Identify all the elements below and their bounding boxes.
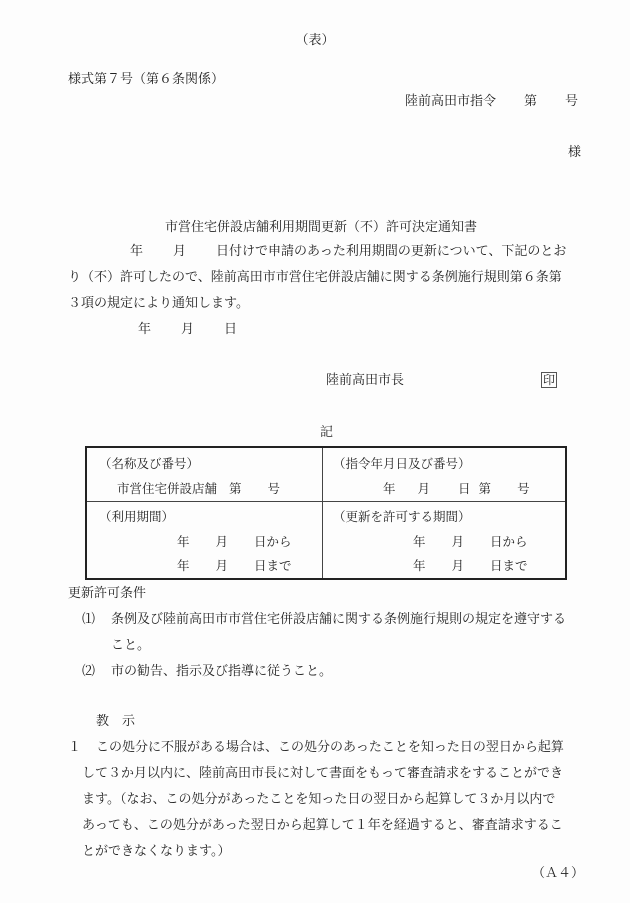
condition-1-line-1: 条例及び陸前高田市市営住宅併設店舗に関する条例施行規則の規定を遵守する <box>111 612 566 628</box>
directive-dai: 第 <box>524 94 537 109</box>
pt-month: 月 <box>216 558 229 573</box>
renew-to: 年月日まで <box>413 558 528 574</box>
record-table: （名称及び番号） 市営住宅併設店舗第号 （指令年月日及び番号） 年月日第号 （利… <box>85 446 567 580</box>
form-number: 様式第７号（第６条関係） <box>68 72 224 88</box>
name-label: （名称及び番号） <box>99 456 199 472</box>
rt-day: 日まで <box>490 558 528 573</box>
condition-2-num: ⑵ <box>82 664 95 680</box>
period-cell: （利用期間） 年月日から 年月日まで <box>86 501 323 579</box>
directive-go: 号 <box>565 94 578 109</box>
date-month: 月 <box>181 322 194 337</box>
body-line-2: り（不）許可したので、陸前高田市市営住宅併設店舗に関する条例施行規則第６条第 <box>68 270 562 286</box>
renew-from: 年月日から <box>413 534 528 550</box>
notice-1-line-1: この処分に不服がある場合は、この処分のあったことを知った日の翌日から起算 <box>96 740 564 756</box>
issue-date: 年月日 <box>138 322 237 338</box>
period-label: （利用期間） <box>99 509 174 525</box>
body-text: 日付けで申請のあった利用期間の更新について、下記のとお <box>216 244 566 259</box>
dv-dai: 第 <box>479 481 492 496</box>
side-label: （表） <box>0 33 630 49</box>
directive-value: 年月日第号 <box>383 481 530 497</box>
paper-size-label: （Ａ４） <box>532 866 584 882</box>
notice-heading: 教 示 <box>96 714 135 730</box>
dv-month: 月 <box>418 481 431 496</box>
period-from: 年月日から <box>177 534 292 550</box>
condition-1-num: ⑴ <box>82 612 95 628</box>
dv-go: 号 <box>517 481 530 496</box>
pt-year: 年 <box>177 558 190 573</box>
conditions-heading: 更新許可条件 <box>68 586 146 602</box>
date-year: 年 <box>138 322 151 337</box>
ki-heading: 記 <box>320 425 333 441</box>
date-day: 日 <box>224 322 237 337</box>
condition-1-line-2: こと。 <box>111 638 150 654</box>
rf-month: 月 <box>452 534 465 549</box>
name-value: 市営住宅併設店舗第号 <box>117 481 280 497</box>
facility-name: 市営住宅併設店舗 <box>117 481 217 496</box>
notice-1-line-2: して３か月以内に、陸前高田市長に対して書面をもって審査請求をすることができ <box>82 766 563 782</box>
rt-year: 年 <box>413 558 426 573</box>
year-blank: 年 <box>130 244 143 259</box>
name-cell: （名称及び番号） 市営住宅併設店舗第号 <box>86 447 323 501</box>
issuer-name: 陸前高田市長 <box>326 373 404 389</box>
directive-label: （指令年月日及び番号） <box>333 456 471 472</box>
body-line-1: 年月日付けで申請のあった利用期間の更新について、下記のとお <box>130 244 566 260</box>
dv-day: 日 <box>458 481 471 496</box>
pf-year: 年 <box>177 534 190 549</box>
notice-1-line-3: ます。（なお、この処分があったことを知った日の翌日から起算して３か月以内で <box>82 792 555 808</box>
name-go: 号 <box>268 481 281 496</box>
pt-day: 日まで <box>254 558 292 573</box>
rt-month: 月 <box>452 558 465 573</box>
dv-year: 年 <box>383 481 396 496</box>
month-blank: 月 <box>173 244 186 259</box>
seal-mark: 印 <box>541 372 557 388</box>
directive-cell: （指令年月日及び番号） 年月日第号 <box>323 447 567 501</box>
rf-day: 日から <box>490 534 528 549</box>
renew-cell: （更新を許可する期間） 年月日から 年月日まで <box>323 501 567 579</box>
pf-month: 月 <box>216 534 229 549</box>
document-title: 市営住宅併設店舗利用期間更新（不）許可決定通知書 <box>165 220 477 236</box>
body-line-3: ３項の規定により通知します。 <box>68 296 249 312</box>
condition-2-line-1: 市の勧告、指示及び指導に従うこと。 <box>111 664 332 680</box>
pf-day: 日から <box>254 534 292 549</box>
rf-year: 年 <box>413 534 426 549</box>
notice-1-line-4: あっても、この処分があった翌日から起算して１年を経過すると、審査請求するこ <box>82 818 563 834</box>
notice-1-line-5: とができなくなります。） <box>82 844 230 860</box>
name-dai: 第 <box>229 481 242 496</box>
renew-label: （更新を許可する期間） <box>333 509 471 525</box>
addressee-suffix: 様 <box>568 145 581 161</box>
directive-prefix: 陸前高田市指令 <box>405 94 496 109</box>
notice-1-num: １ <box>68 740 81 756</box>
period-to: 年月日まで <box>177 558 292 574</box>
directive-number: 陸前高田市指令第号 <box>405 94 578 110</box>
